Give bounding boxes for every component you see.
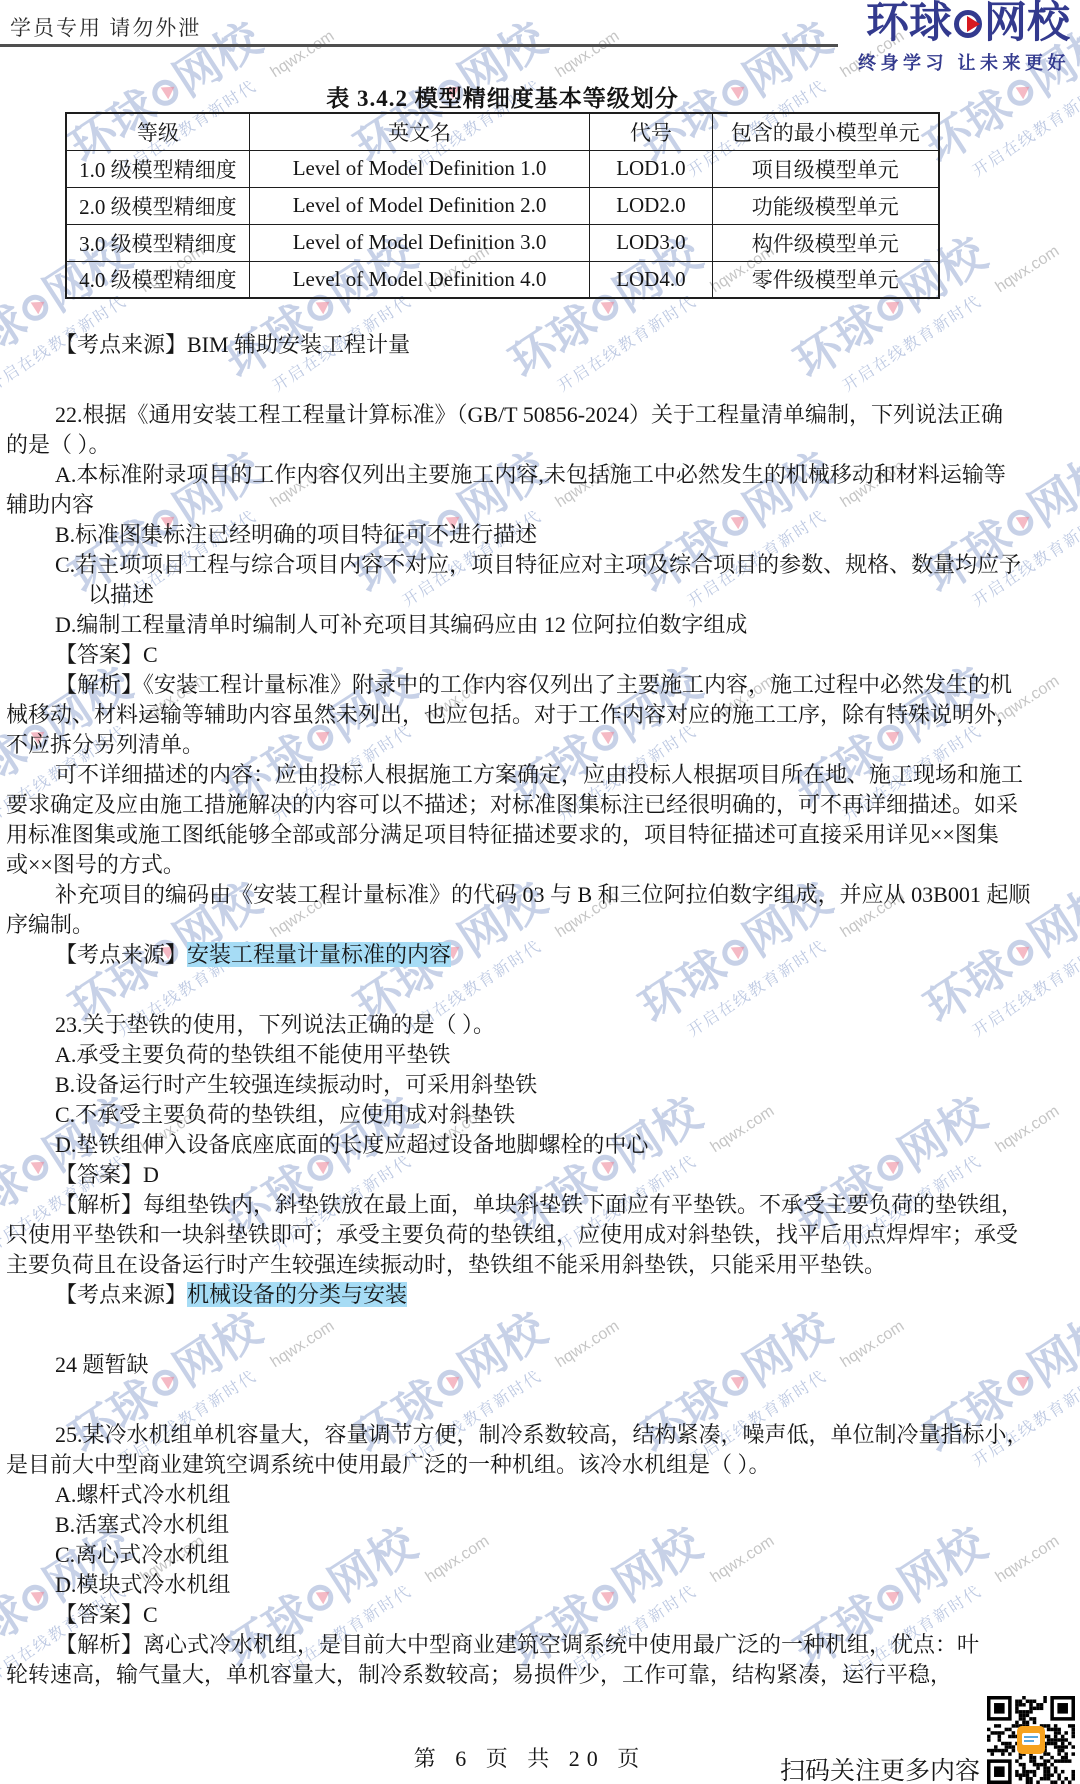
table-cell: 构件级模型单元 <box>712 224 939 261</box>
text-line: 要求确定及应由施工措施解决的内容可以不描述；对标准图集标注已经很明确的，可不再详… <box>6 790 1076 820</box>
text-line: 不应拆分另列清单。 <box>6 730 1076 760</box>
brand-right: 网校 <box>984 2 1070 45</box>
table-col-header: 等级 <box>66 113 249 150</box>
text-line: 补充项目的编码由《安装工程计量标准》的代码 03 与 B 和三位阿拉伯数字组成，… <box>6 880 1076 910</box>
table-cell: LOD1.0 <box>590 150 712 187</box>
text-line: 主要负荷且在设备运行时产生较强连续振动时，垫铁组不能采用斜垫铁，只能采用平垫铁。 <box>6 1250 1076 1280</box>
table-col-header: 英文名 <box>249 113 589 150</box>
text-block: 22.根据《通用安装工程工程量计算标准》（GB/T 50856-2024）关于工… <box>6 400 1076 970</box>
text-line: 只使用平垫铁和一块斜垫铁即可；承受主要负荷的垫铁组，应使用成对斜垫铁，找平后用点… <box>6 1220 1076 1250</box>
highlighted-text: 安装工程量计量标准的内容 <box>187 942 451 967</box>
text-line: 【答案】D <box>6 1160 1076 1190</box>
watermark-play-icon <box>17 290 53 326</box>
confidential-notice: 学员专用 请勿外泄 <box>10 12 201 42</box>
content: 【考点来源】BIM 辅助安装工程计量22.根据《通用安装工程工程量计算标准》（G… <box>6 330 1076 1690</box>
text-line: D.模块式冷水机组 <box>6 1570 1076 1600</box>
watermark-play-icon <box>1002 75 1038 111</box>
text-line: 24 题暂缺 <box>6 1350 1076 1380</box>
text-line: 是目前大中型商业建筑空调系统中使用最广泛的一种机组。该冷水机组是（ ）。 <box>6 1450 1076 1480</box>
highlighted-text: 机械设备的分类与安装 <box>187 1282 407 1307</box>
text-line: C.不承受主要负荷的垫铁组，应使用成对斜垫铁 <box>6 1100 1076 1130</box>
play-icon <box>954 10 982 38</box>
table-cell: Level of Model Definition 3.0 <box>249 224 589 261</box>
table-cell: LOD4.0 <box>590 261 712 298</box>
text-line: 可不详细描述的内容：应由投标人根据施工方案确定，应由投标人根据项目所在地、施工现… <box>6 760 1076 790</box>
text-line: D.垫铁组伸入设备底座底面的长度应超过设备地脚螺栓的中心 <box>6 1130 1076 1160</box>
text-line: 25.某冷水机组单机容量大，容量调节方便，制冷系数较高，结构紧凑，噪声低，单位制… <box>6 1420 1076 1450</box>
text-line: 序编制。 <box>6 910 1076 940</box>
text-line: 【解析】《安装工程计量标准》附录中的工作内容仅列出了主要施工内容，施工过程中必然… <box>6 670 1076 700</box>
table-cell: 1.0 级模型精细度 <box>66 150 249 187</box>
table-cell: LOD3.0 <box>590 224 712 261</box>
table-cell: 3.0 级模型精细度 <box>66 224 249 261</box>
table-cell: 项目级模型单元 <box>712 150 939 187</box>
text-block: 23.关于垫铁的使用，下列说法正确的是（ ）。A.承受主要负荷的垫铁组不能使用平… <box>6 1010 1076 1310</box>
text-line: B.设备运行时产生较强连续振动时，可采用斜垫铁 <box>6 1070 1076 1100</box>
table-cell: LOD2.0 <box>590 187 712 224</box>
text-line: B.标准图集标注已经明确的项目特征可不进行描述 <box>6 520 1076 550</box>
text-line: 辅助内容 <box>6 490 1076 520</box>
table-cell: 4.0 级模型精细度 <box>66 261 249 298</box>
text-line: 或××图号的方式。 <box>6 850 1076 880</box>
brand-logo-text: 环球 网校 <box>858 2 1070 45</box>
table-cell: 功能级模型单元 <box>712 187 939 224</box>
table-cell: 零件级模型单元 <box>712 261 939 298</box>
text-line: A.螺杆式冷水机组 <box>6 1480 1076 1510</box>
lod-table: 等级英文名代号包含的最小模型单元 1.0 级模型精细度Level of Mode… <box>65 112 940 299</box>
text-line: 【考点来源】安装工程量计量标准的内容 <box>6 940 1076 970</box>
header-divider <box>0 44 838 47</box>
brand-logo: 环球 网校 终身学习 让未来更好 <box>858 2 1070 75</box>
text-line: 械移动、材料运输等辅助内容虽然未列出，也应包括。对于工作内容对应的施工工序，除有… <box>6 700 1076 730</box>
table-header-row: 等级英文名代号包含的最小模型单元 <box>66 113 939 150</box>
text-line: 的是（ ）。 <box>6 430 1076 460</box>
table-col-header: 代号 <box>590 113 712 150</box>
text-line: C.离心式冷水机组 <box>6 1540 1076 1570</box>
table-row: 3.0 级模型精细度Level of Model Definition 3.0L… <box>66 224 939 261</box>
brand-tagline: 终身学习 让未来更好 <box>858 49 1070 75</box>
table-cell: 2.0 级模型精细度 <box>66 187 249 224</box>
text-line: 以描述 <box>6 580 1076 610</box>
brand-left: 环球 <box>866 2 952 45</box>
text-line: B.活塞式冷水机组 <box>6 1510 1076 1540</box>
table-cell: Level of Model Definition 2.0 <box>249 187 589 224</box>
text-line: 轮转速高，输气量大，单机容量大，制冷系数较高；易损件少，工作可靠，结构紧凑，运行… <box>6 1660 1076 1690</box>
text-line: 22.根据《通用安装工程工程量计算标准》（GB/T 50856-2024）关于工… <box>6 400 1076 430</box>
text-line: 23.关于垫铁的使用，下列说法正确的是（ ）。 <box>6 1010 1076 1040</box>
text-line: 【答案】C <box>6 640 1076 670</box>
table-title: 表 3.4.2 模型精细度基本等级划分 <box>65 80 940 113</box>
text-line: 【考点来源】机械设备的分类与安装 <box>6 1280 1076 1310</box>
text-line: 用标准图集或施工图纸能够全部或部分满足项目特征描述要求的，项目特征描述可直接采用… <box>6 820 1076 850</box>
table-cell: Level of Model Definition 1.0 <box>249 150 589 187</box>
text-line: 【解析】离心式冷水机组，是目前大中型商业建筑空调系统中使用最广泛的一种机组，优点… <box>6 1630 1076 1660</box>
text-line: A.承受主要负荷的垫铁组不能使用平垫铁 <box>6 1040 1076 1070</box>
text-line: A.本标准附录项目的工作内容仅列出主要施工内容,未包括施工中必然发生的机械移动和… <box>6 460 1076 490</box>
text-line: C.若主项项目工程与综合项目内容不对应，项目特征应对主项及综合项目的参数、规格、… <box>6 550 1076 580</box>
qr-code <box>987 1696 1075 1784</box>
text-line: 【考点来源】BIM 辅助安装工程计量 <box>6 330 1076 360</box>
line-prefix: 【考点来源】 <box>55 1282 187 1307</box>
text-block: 25.某冷水机组单机容量大，容量调节方便，制冷系数较高，结构紧凑，噪声低，单位制… <box>6 1420 1076 1690</box>
text-line: 【答案】C <box>6 1600 1076 1630</box>
table-col-header: 包含的最小模型单元 <box>712 113 939 150</box>
table-row: 4.0 级模型精细度Level of Model Definition 4.0L… <box>66 261 939 298</box>
line-prefix: 【考点来源】 <box>55 942 187 967</box>
text-line: 【解析】每组垫铁内，斜垫铁放在最上面，单块斜垫铁下面应有平垫铁。不承受主要负荷的… <box>6 1190 1076 1220</box>
text-block: 【考点来源】BIM 辅助安装工程计量 <box>6 330 1076 360</box>
qr-caption: 扫码关注更多内容 <box>780 1751 980 1784</box>
table-row: 1.0 级模型精细度Level of Model Definition 1.0L… <box>66 150 939 187</box>
document-page: 环球网校开启在线教育新时代hqwx.com环球网校开启在线教育新时代hqwx.c… <box>0 0 1080 1784</box>
table-cell: Level of Model Definition 4.0 <box>249 261 589 298</box>
text-block: 24 题暂缺 <box>6 1350 1076 1380</box>
text-line: D.编制工程量清单时编制人可补充项目其编码应由 12 位阿拉伯数字组成 <box>6 610 1076 640</box>
table-row: 2.0 级模型精细度Level of Model Definition 2.0L… <box>66 187 939 224</box>
